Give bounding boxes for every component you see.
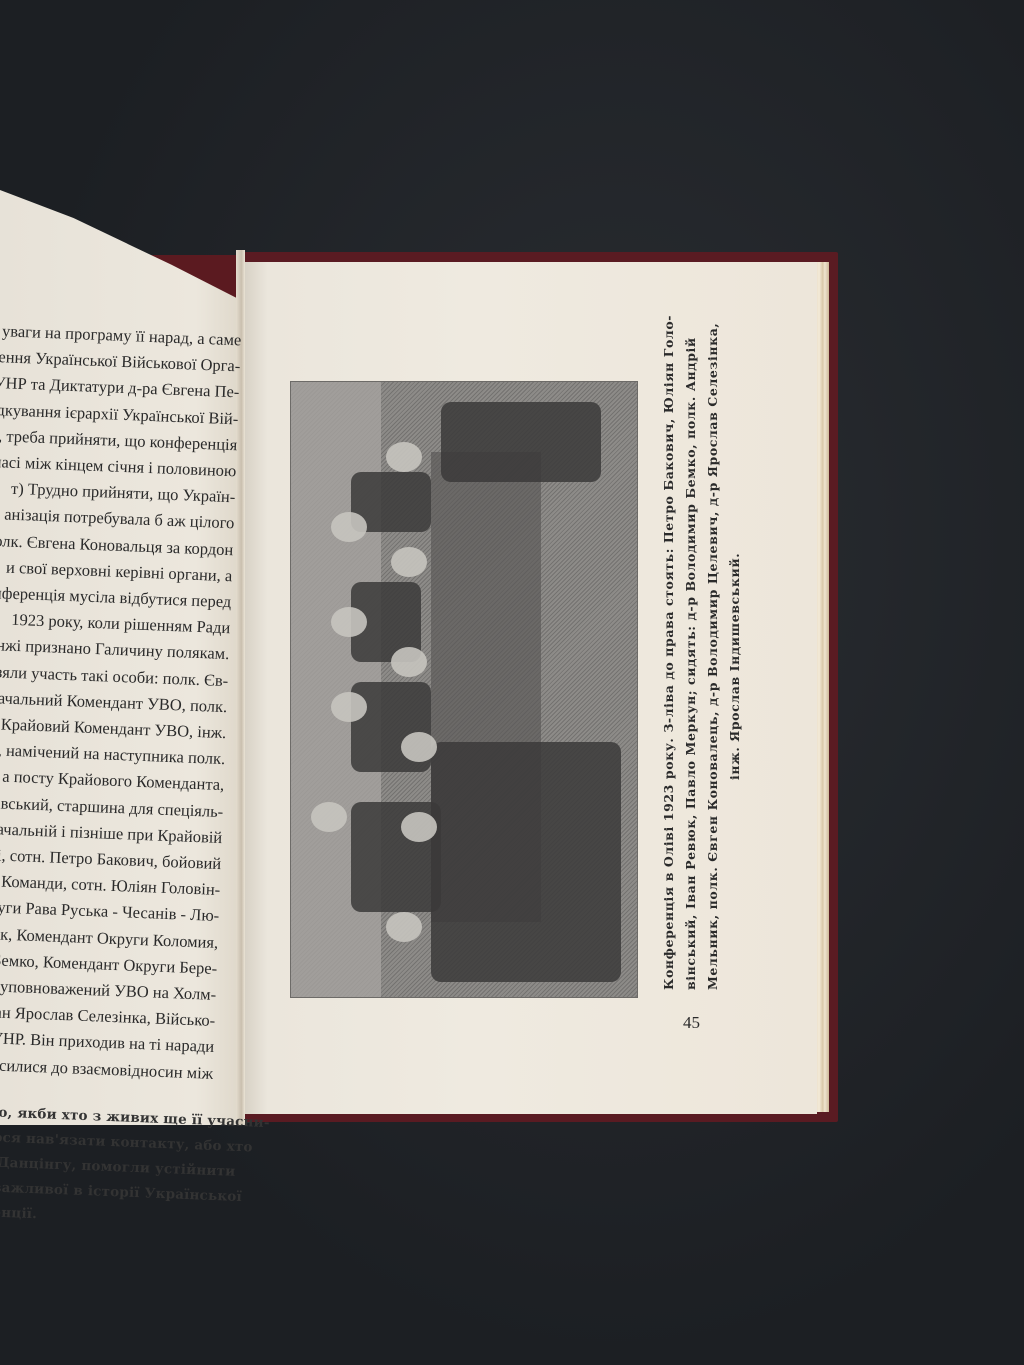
- photo-caption: Конференція в Оліві 1923 року. З-ліва до…: [658, 370, 746, 990]
- caption-line: Мельник, полк. Євген Коновалець, д-р Вол…: [702, 370, 724, 990]
- page-stack-edge: [815, 262, 829, 1112]
- page-number: 45: [683, 1013, 700, 1033]
- caption-line: вінський, Іван Ревюк, Павло Меркун; сидя…: [680, 370, 702, 990]
- left-page-text: уваги на програму її нарад, а саме ення …: [0, 318, 242, 1234]
- caption-line: Конференція в Оліві 1923 року. З-ліва до…: [658, 370, 680, 990]
- caption-line: інж. Ярослав Індишевський.: [724, 370, 746, 990]
- group-photo: [290, 381, 638, 998]
